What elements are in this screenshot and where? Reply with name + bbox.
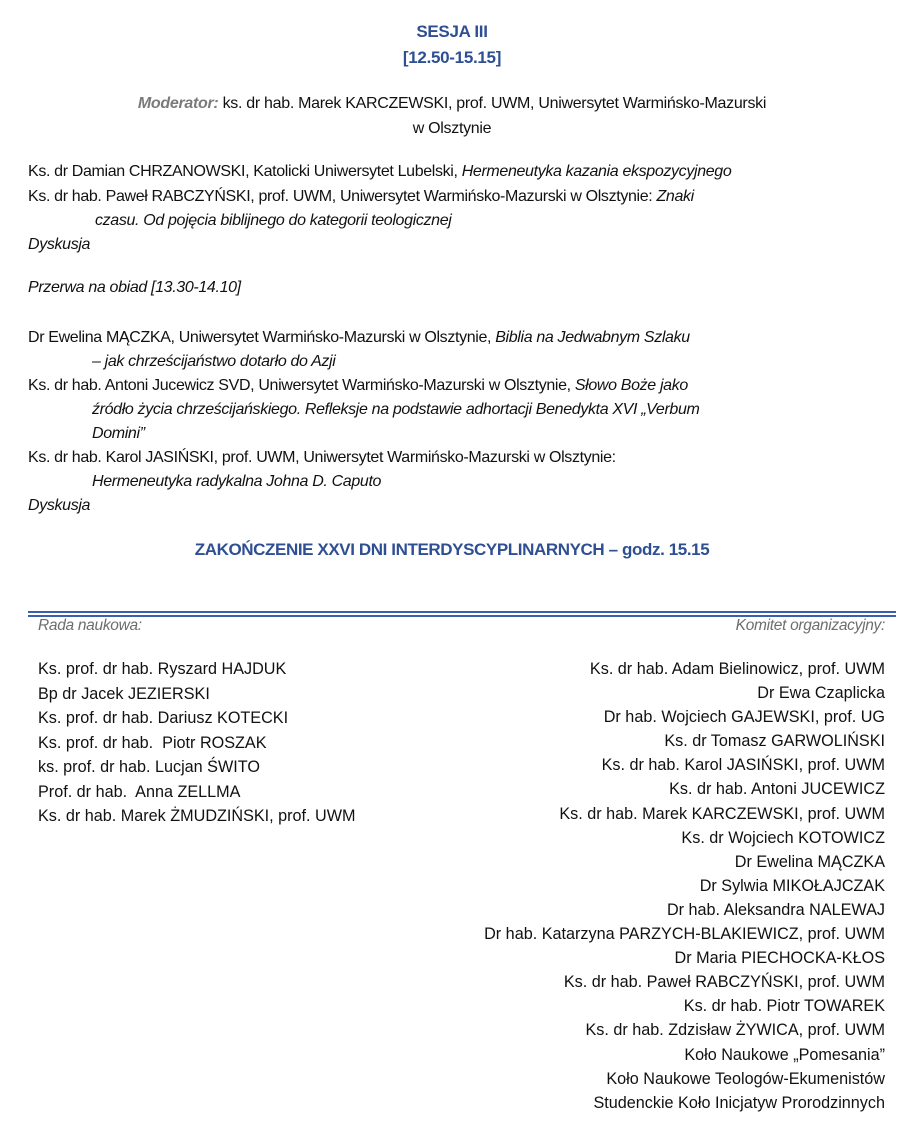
member-item: Ks. dr hab. Paweł RABCZYŃSKI, prof. UWM	[484, 970, 885, 994]
moderator-text: ks. dr hab. Marek KARCZEWSKI, prof. UWM,…	[218, 95, 766, 112]
talk-item: Ks. dr hab. Paweł RABCZYŃSKI, prof. UWM,…	[28, 188, 694, 206]
lunch-break: Przerwa na obiad [13.30-14.10]	[28, 279, 241, 297]
member-item: Dr hab. Aleksandra NALEWAJ	[484, 898, 885, 922]
member-item: Ks. dr hab. Marek KARCZEWSKI, prof. UWM	[484, 802, 885, 826]
talk-title: Domini”	[92, 425, 145, 442]
talk-title: czasu. Od pojęcia biblijnego do kategori…	[95, 212, 451, 229]
talk-title: Biblia na Jedwabnym Szlaku	[495, 329, 690, 346]
member-item: Dr hab. Wojciech GAJEWSKI, prof. UG	[484, 705, 885, 729]
talk-item: Dr Ewelina MĄCZKA, Uniwersytet Warmińsko…	[28, 329, 690, 347]
talk-speaker: Dr Ewelina MĄCZKA, Uniwersytet Warmińsko…	[28, 329, 495, 346]
divider-line	[28, 611, 896, 613]
talk-speaker: Ks. dr hab. Paweł RABCZYŃSKI, prof. UWM,…	[28, 188, 656, 205]
talk-speaker: Ks. dr hab. Karol JASIŃSKI, prof. UWM, U…	[28, 449, 616, 466]
talk-item: Ks. dr hab. Karol JASIŃSKI, prof. UWM, U…	[28, 449, 616, 467]
member-item: Koło Naukowe Teologów-Ekumenistów	[484, 1067, 885, 1091]
member-item: Bp dr Jacek JEZIERSKI	[38, 682, 356, 707]
member-item: Dr Sylwia MIKOŁAJCZAK	[484, 874, 885, 898]
break-label: Przerwa na obiad [13.30-14.10]	[28, 279, 241, 296]
member-item: Ks. dr hab. Karol JASIŃSKI, prof. UWM	[484, 753, 885, 777]
scientific-council-label: Rada naukowa:	[38, 617, 142, 635]
talk-title-continued: czasu. Od pojęcia biblijnego do kategori…	[95, 212, 451, 230]
member-item: Dr Ewelina MĄCZKA	[484, 850, 885, 874]
member-item: Prof. dr hab. Anna ZELLMA	[38, 780, 356, 805]
member-item: Ks. dr hab. Antoni JUCEWICZ	[484, 777, 885, 801]
talk-item: Ks. dr hab. Antoni Jucewicz SVD, Uniwers…	[28, 377, 688, 395]
talk-title: Hermeneutyka kazania ekspozycyjnego	[462, 163, 732, 180]
talk-title: Znaki	[656, 188, 693, 205]
member-item: Ks. dr Wojciech KOTOWICZ	[484, 826, 885, 850]
talk-item: Ks. dr Damian CHRZANOWSKI, Katolicki Uni…	[28, 163, 731, 181]
organizing-committee-list: Ks. dr hab. Adam Bielinowicz, prof. UWMD…	[484, 657, 885, 1115]
talk-speaker: Ks. dr Damian CHRZANOWSKI, Katolicki Uni…	[28, 163, 462, 180]
discussion-label: Dyskusja	[28, 497, 90, 514]
session-title: SESJA III	[0, 22, 904, 42]
member-item: Ks. dr hab. Adam Bielinowicz, prof. UWM	[484, 657, 885, 681]
talk-title-continued: źródło życia chrześcijańskiego. Refleksj…	[92, 401, 700, 419]
member-item: Ks. dr Tomasz GARWOLIŃSKI	[484, 729, 885, 753]
discussion-label: Dyskusja	[28, 236, 90, 253]
talk-title: źródło życia chrześcijańskiego. Refleksj…	[92, 401, 700, 418]
member-item: Ks. prof. dr hab. Ryszard HAJDUK	[38, 657, 356, 682]
member-item: Koło Naukowe „Pomesania”	[484, 1043, 885, 1067]
member-item: Ks. dr hab. Piotr TOWAREK	[484, 994, 885, 1018]
member-item: Dr Ewa Czaplicka	[484, 681, 885, 705]
member-item: ks. prof. dr hab. Lucjan ŚWITO	[38, 755, 356, 780]
member-item: Dr hab. Katarzyna PARZYCH-BLAKIEWICZ, pr…	[484, 922, 885, 946]
moderator-line: Moderator: ks. dr hab. Marek KARCZEWSKI,…	[0, 92, 904, 116]
moderator-label: Moderator:	[138, 95, 219, 112]
member-item: Dr Maria PIECHOCKA-KŁOS	[484, 946, 885, 970]
scientific-council-list: Ks. prof. dr hab. Ryszard HAJDUKBp dr Ja…	[38, 657, 356, 829]
organizing-committee-label: Komitet organizacyjny:	[736, 617, 885, 635]
member-item: Ks. prof. dr hab. Piotr ROSZAK	[38, 731, 356, 756]
talk-title: – jak chrześcijaństwo dotarło do Azji	[92, 353, 335, 370]
member-item: Ks. dr hab. Marek ŻMUDZIŃSKI, prof. UWM	[38, 804, 356, 829]
talk-title-continued: – jak chrześcijaństwo dotarło do Azji	[92, 353, 335, 371]
closing-heading: ZAKOŃCZENIE XXVI DNI INTERDYSCYPLINARNYC…	[0, 540, 904, 560]
talk-title-continued: Domini”	[92, 425, 145, 443]
session-time: [12.50-15.15]	[0, 48, 904, 68]
member-item: Ks. dr hab. Zdzisław ŻYWICA, prof. UWM	[484, 1018, 885, 1042]
talk-speaker: Ks. dr hab. Antoni Jucewicz SVD, Uniwers…	[28, 377, 575, 394]
moderator-line-2: w Olsztynie	[0, 117, 904, 141]
member-item: Ks. prof. dr hab. Dariusz KOTECKI	[38, 706, 356, 731]
talk-title: Słowo Boże jako	[575, 377, 688, 394]
discussion: Dyskusja	[28, 236, 90, 254]
talk-title-continued: Hermeneutyka radykalna Johna D. Caputo	[92, 473, 381, 491]
discussion: Dyskusja	[28, 497, 90, 515]
talk-title: Hermeneutyka radykalna Johna D. Caputo	[92, 473, 381, 490]
member-item: Studenckie Koło Inicjatyw Prorodzinnych	[484, 1091, 885, 1115]
